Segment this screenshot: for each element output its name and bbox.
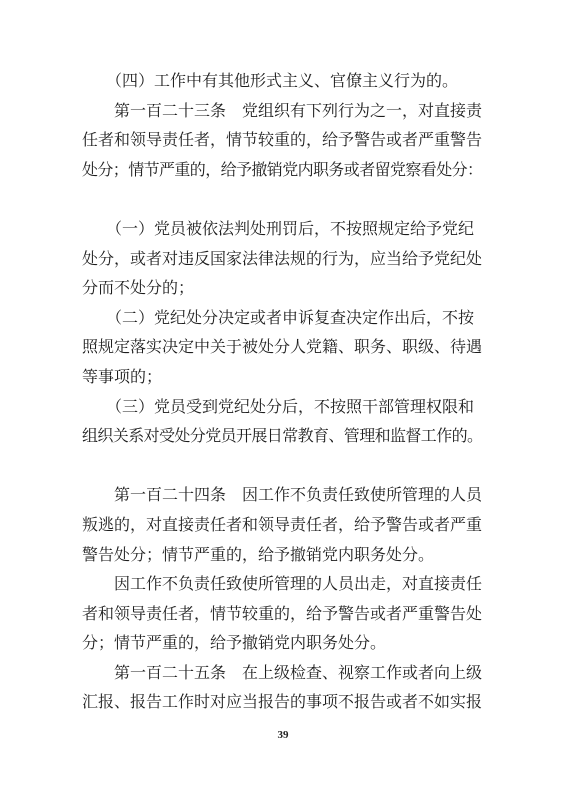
- text-line: 警告处分；情节严重的，给予撤销党内职务处分。: [82, 541, 484, 571]
- text-line: 照规定落实决定中关于被处分人党籍、职务、职级、待遇: [82, 333, 484, 363]
- text-line: 汇报、报告工作时对应当报告的事项不报告或者不如实报: [82, 688, 484, 718]
- text-block: （四）工作中有其他形式主义、官僚主义行为的。 第一百二十三条 党组织有下列行为之…: [82, 67, 484, 718]
- blank-line: [82, 185, 484, 215]
- text-line: 者和领导责任者，情节较重的，给予警告或者严重警告处: [82, 600, 484, 630]
- text-line: 叛逃的，对直接责任者和领导责任者，给予警告或者严重: [82, 511, 484, 541]
- text-line: 分；情节严重的，给予撤销党内职务处分。: [82, 629, 484, 659]
- text-line: 第一百二十五条 在上级检查、视察工作或者向上级: [82, 659, 484, 689]
- text-line: 任者和领导责任者，情节较重的，给予警告或者严重警告: [82, 126, 484, 156]
- text-line: 因工作不负责任致使所管理的人员出走，对直接责任: [82, 570, 484, 600]
- text-line: （四）工作中有其他形式主义、官僚主义行为的。: [82, 67, 484, 97]
- text-line: 等事项的；: [82, 363, 484, 393]
- text-line: 处分，或者对违反国家法律法规的行为，应当给予党纪处: [82, 245, 484, 275]
- document-page: （四）工作中有其他形式主义、官僚主义行为的。 第一百二十三条 党组织有下列行为之…: [0, 0, 566, 800]
- page-number: 39: [0, 729, 566, 741]
- text-line: 第一百二十三条 党组织有下列行为之一，对直接责: [82, 97, 484, 127]
- blank-line: [82, 452, 484, 482]
- text-line: 处分；情节严重的，给予撤销党内职务或者留党察看处分：: [82, 156, 484, 186]
- text-line: （三）党员受到党纪处分后，不按照干部管理权限和: [82, 393, 484, 423]
- text-line: 分而不处分的；: [82, 274, 484, 304]
- text-line: （一）党员被依法判处刑罚后，不按照规定给予党纪: [82, 215, 484, 245]
- text-line: 第一百二十四条 因工作不负责任致使所管理的人员: [82, 481, 484, 511]
- text-line: 组织关系对受处分党员开展日常教育、管理和监督工作的。: [82, 422, 484, 452]
- text-line: （二）党纪处分决定或者申诉复查决定作出后，不按: [82, 304, 484, 334]
